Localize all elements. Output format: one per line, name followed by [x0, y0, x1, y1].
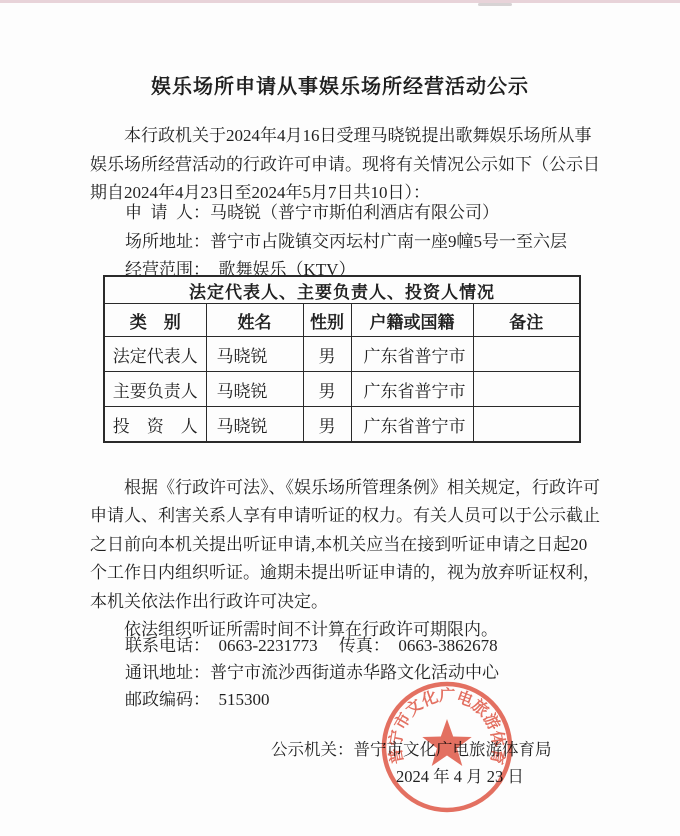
column-header: 性别: [303, 304, 351, 337]
scan-edge-artifact: [0, 0, 680, 3]
hearing-rights-paragraph: 根据《行政许可法》、《娱乐场所管理条例》相关规定，行政许可申请人、利害关系人享有…: [90, 474, 604, 644]
applicant-info-block: 申 请 人：马晓锐（普宁市斯伯利酒店有限公司）场所地址：普宁市占陇镇交丙坛村广南…: [125, 199, 625, 285]
scan-smudge: [478, 3, 512, 6]
table-cell: 马晓锐: [206, 407, 303, 443]
table-cell: 广东省普宁市: [351, 372, 473, 407]
table-cell: 马晓锐: [206, 337, 303, 372]
table-cell: 马晓锐: [206, 372, 303, 407]
table-cell: 投 资 人: [104, 407, 206, 443]
document-page: 娱乐场所申请从事娱乐场所经营活动公示 本行政机关于2024年4月16日受理马晓锐…: [0, 0, 680, 836]
column-header: 类 别: [104, 304, 206, 337]
table-title-row: 法定代表人、主要负责人、投资人情况: [104, 276, 580, 304]
table-cell: 广东省普宁市: [351, 407, 473, 443]
persons-table: 法定代表人、主要负责人、投资人情况类 别姓名性别户籍或国籍备注法定代表人马晓锐男…: [103, 275, 581, 443]
table-row: 法定代表人马晓锐男广东省普宁市: [104, 337, 580, 372]
column-header: 姓名: [206, 304, 303, 337]
table-cell: 主要负责人: [104, 372, 206, 407]
intro-paragraph: 本行政机关于2024年4月16日受理马晓锐提出歌舞娱乐场所从事娱乐场所经营活动的…: [90, 122, 602, 208]
table-cell: 广东省普宁市: [351, 337, 473, 372]
table-row: 投 资 人马晓锐男广东省普宁市: [104, 407, 580, 443]
table-cell: [473, 407, 580, 443]
table-cell: 男: [303, 372, 351, 407]
issuing-agency-line: 公示机关：普宁市文化广电旅游体育局: [271, 736, 552, 760]
table-cell: 男: [303, 407, 351, 443]
table-cell: 法定代表人: [104, 337, 206, 372]
table-header-row: 类 别姓名性别户籍或国籍备注: [104, 304, 580, 337]
issue-date-line: 2024 年 4 月 23 日: [396, 763, 524, 787]
contact-info-block: 联系电话： 0663-2231773 传真： 0663-3862678通讯地址：…: [125, 632, 625, 713]
column-header: 户籍或国籍: [351, 304, 473, 337]
table-cell: [473, 372, 580, 407]
page-title: 娱乐场所申请从事娱乐场所经营活动公示: [0, 70, 680, 99]
table-cell: 男: [303, 337, 351, 372]
table-cell: [473, 337, 580, 372]
table-title: 法定代表人、主要负责人、投资人情况: [104, 276, 580, 304]
table-row: 主要负责人马晓锐男广东省普宁市: [104, 372, 580, 407]
column-header: 备注: [473, 304, 580, 337]
